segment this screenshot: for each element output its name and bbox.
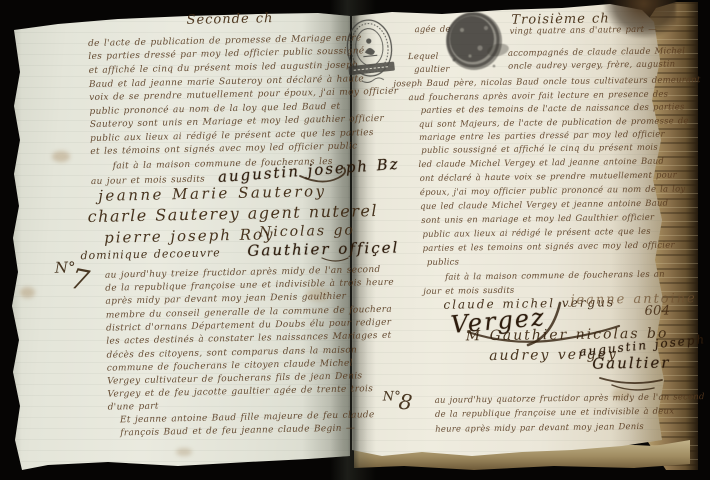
- worn-corner: [604, 0, 676, 38]
- round-ink-stamp: [442, 8, 514, 78]
- foxing-spot: [52, 151, 70, 162]
- foxing-spot: [306, 288, 330, 301]
- left-page: [8, 10, 350, 472]
- oval-crest-stamp: [340, 13, 399, 92]
- foxing-spot: [20, 287, 35, 298]
- foxing-spot: [176, 448, 192, 456]
- foxing-spot: [612, 388, 632, 400]
- scanned-register-spread: Seconde ch de l'acte de publication de p…: [0, 0, 710, 480]
